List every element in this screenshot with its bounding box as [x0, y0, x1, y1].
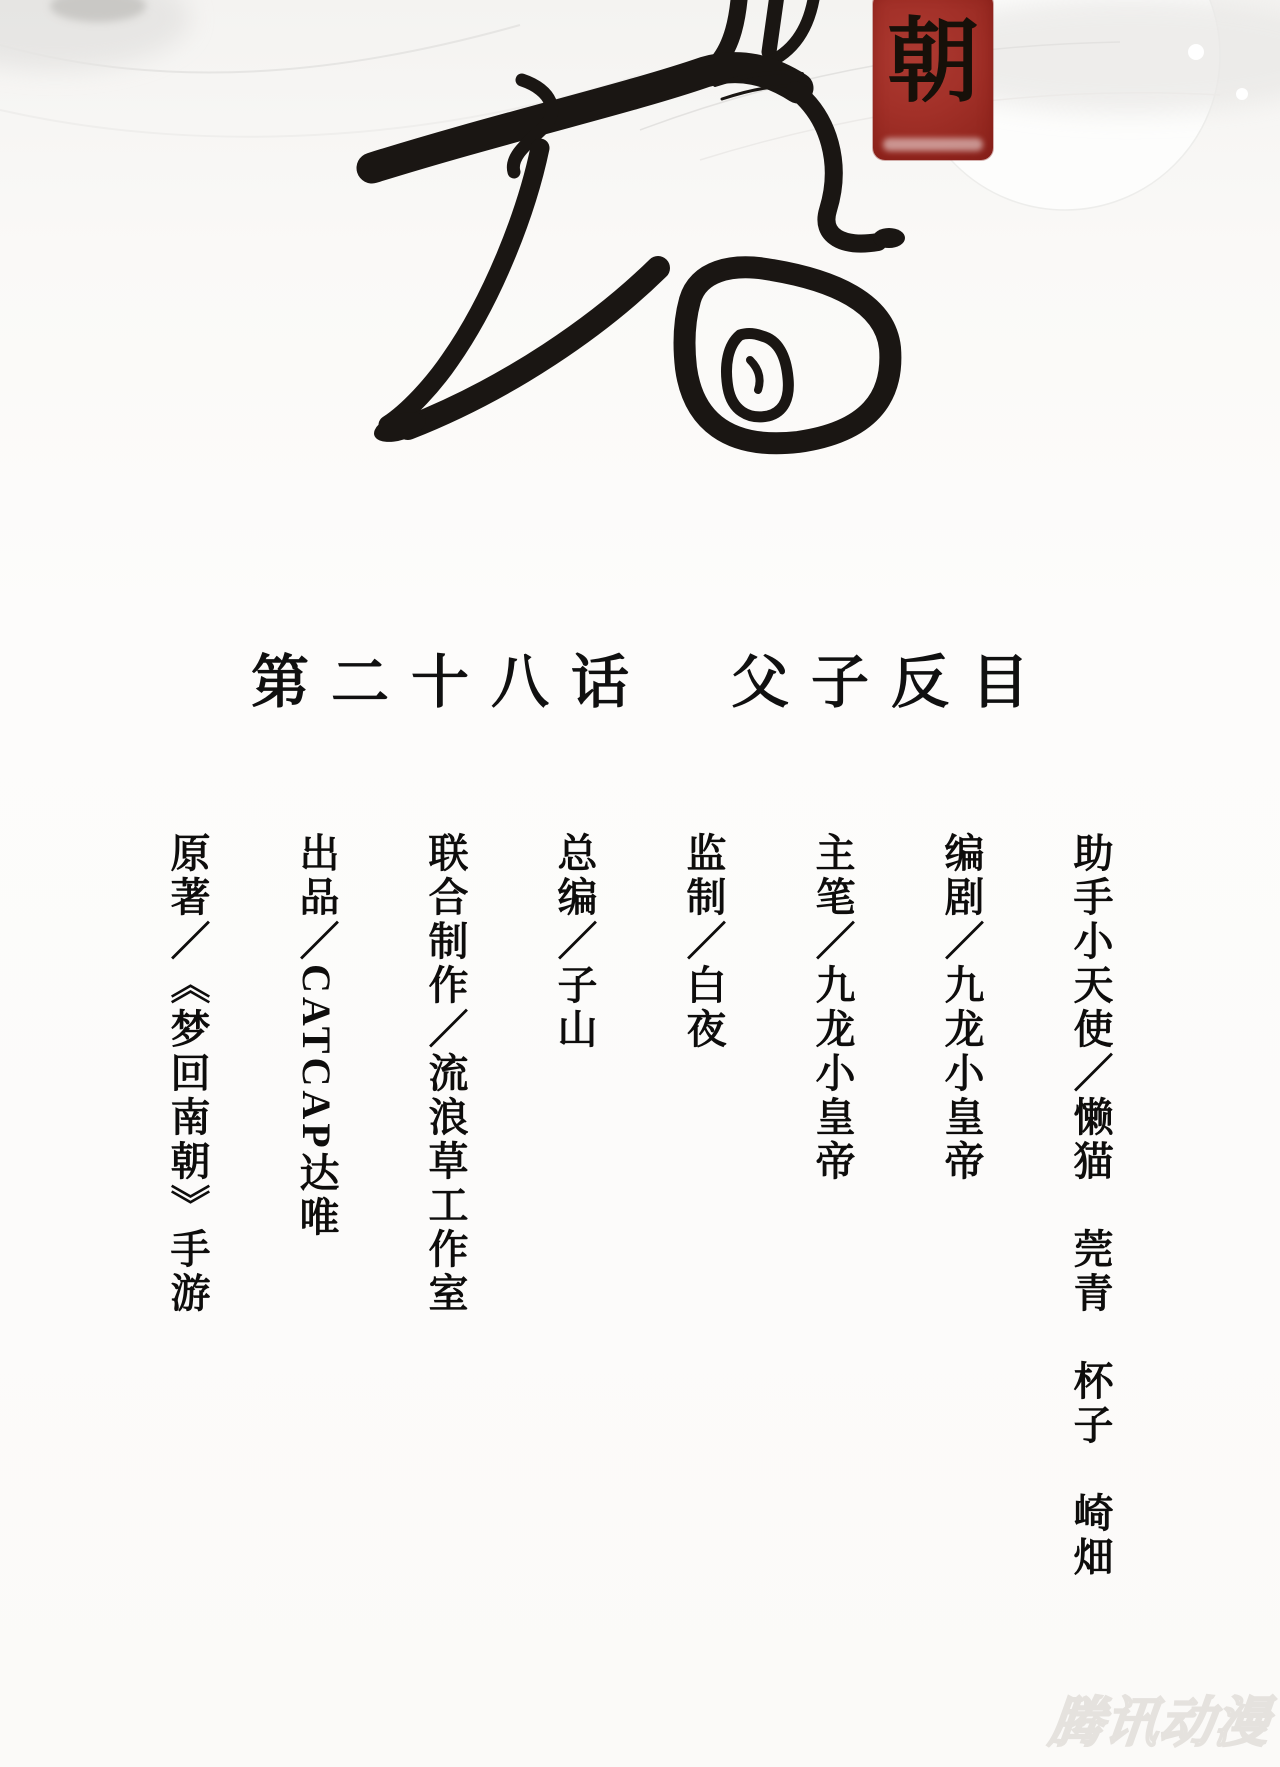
credit-column-assistants: 助手小天使／懒猫 莞青 杯子 崎畑 — [1070, 832, 1110, 1632]
credit-column-lead-artist: 主笔／九龙小皇帝 — [812, 832, 852, 1632]
seal-character: 朝 — [873, 0, 993, 135]
ink-wash-decoration — [0, 0, 1280, 470]
credit-column-original-work: 原著／《梦回南朝》手游 — [167, 832, 207, 1632]
comic-page: { "page": { "background_color": "#fbfaf8… — [0, 0, 1280, 1767]
chapter-title: 第二十八话 父子反目 — [0, 654, 1280, 712]
credit-column-screenwriter: 编剧／九龙小皇帝 — [941, 832, 981, 1632]
credit-column-chief-editor: 总编／子山 — [554, 832, 594, 1632]
credit-column-co-production: 联合制作／流浪草工作室 — [425, 832, 465, 1632]
series-logo-seal: 朝 — [873, 0, 993, 160]
credit-column-producer: 监制／白夜 — [683, 832, 723, 1632]
credits-list: 助手小天使／懒猫 莞青 杯子 崎畑 编剧／九龙小皇帝 主笔／九龙小皇帝 监制／白… — [167, 832, 1110, 1632]
series-logo-calligraphy — [370, 0, 921, 448]
credit-column-presenter: 出品／CATCAP达唯 — [296, 832, 336, 1632]
platform-watermark: 腾讯动漫 — [1046, 1680, 1274, 1757]
